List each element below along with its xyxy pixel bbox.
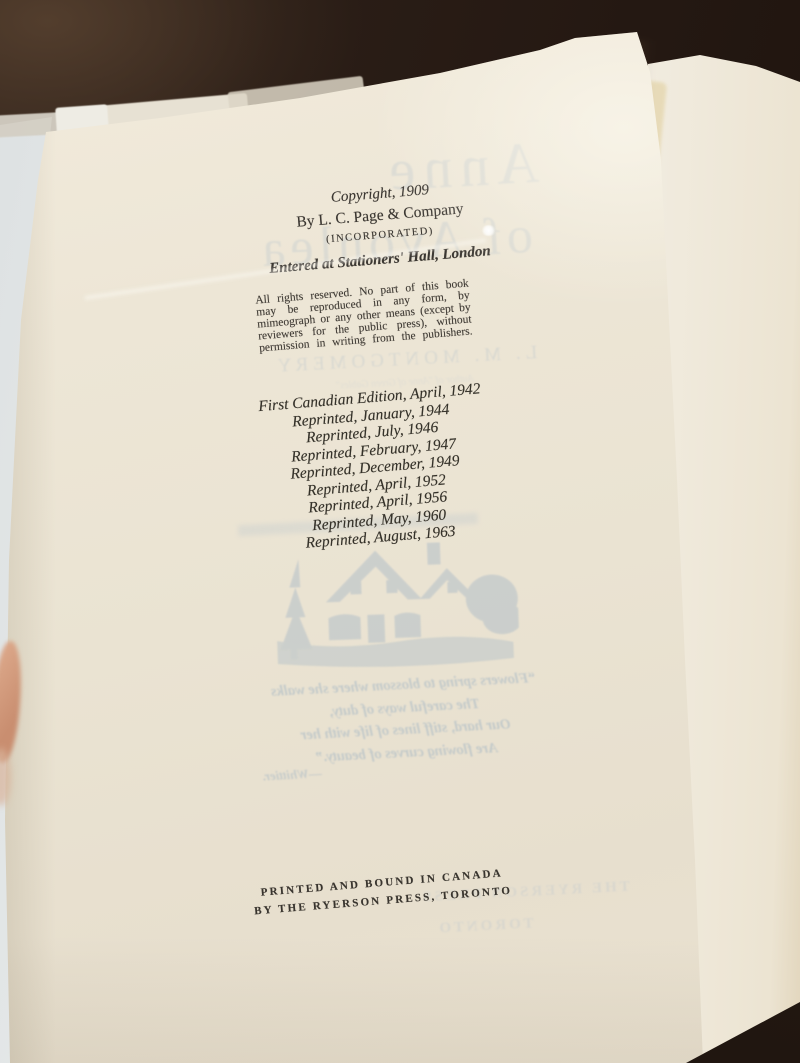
edition-history-list: First Canadian Edition, April, 1942 Repr… <box>204 376 546 559</box>
light-glint <box>481 225 496 236</box>
printer-colophon: PRINTED AND BOUND IN CANADA BY THE RYERS… <box>249 864 516 920</box>
green-gables-house-icon <box>268 532 521 679</box>
ghost-house-illustration <box>268 532 521 679</box>
book-photo-scene: Anne of Avonlea L. M. MONTGOMERY Author … <box>0 0 800 1063</box>
ghost-imprint-city: TORONTO <box>400 914 571 940</box>
rights-notice: All rights reserved. No part of this boo… <box>255 279 473 356</box>
ghost-epigraph: “Flowers spring to blossom where she wal… <box>238 665 572 772</box>
